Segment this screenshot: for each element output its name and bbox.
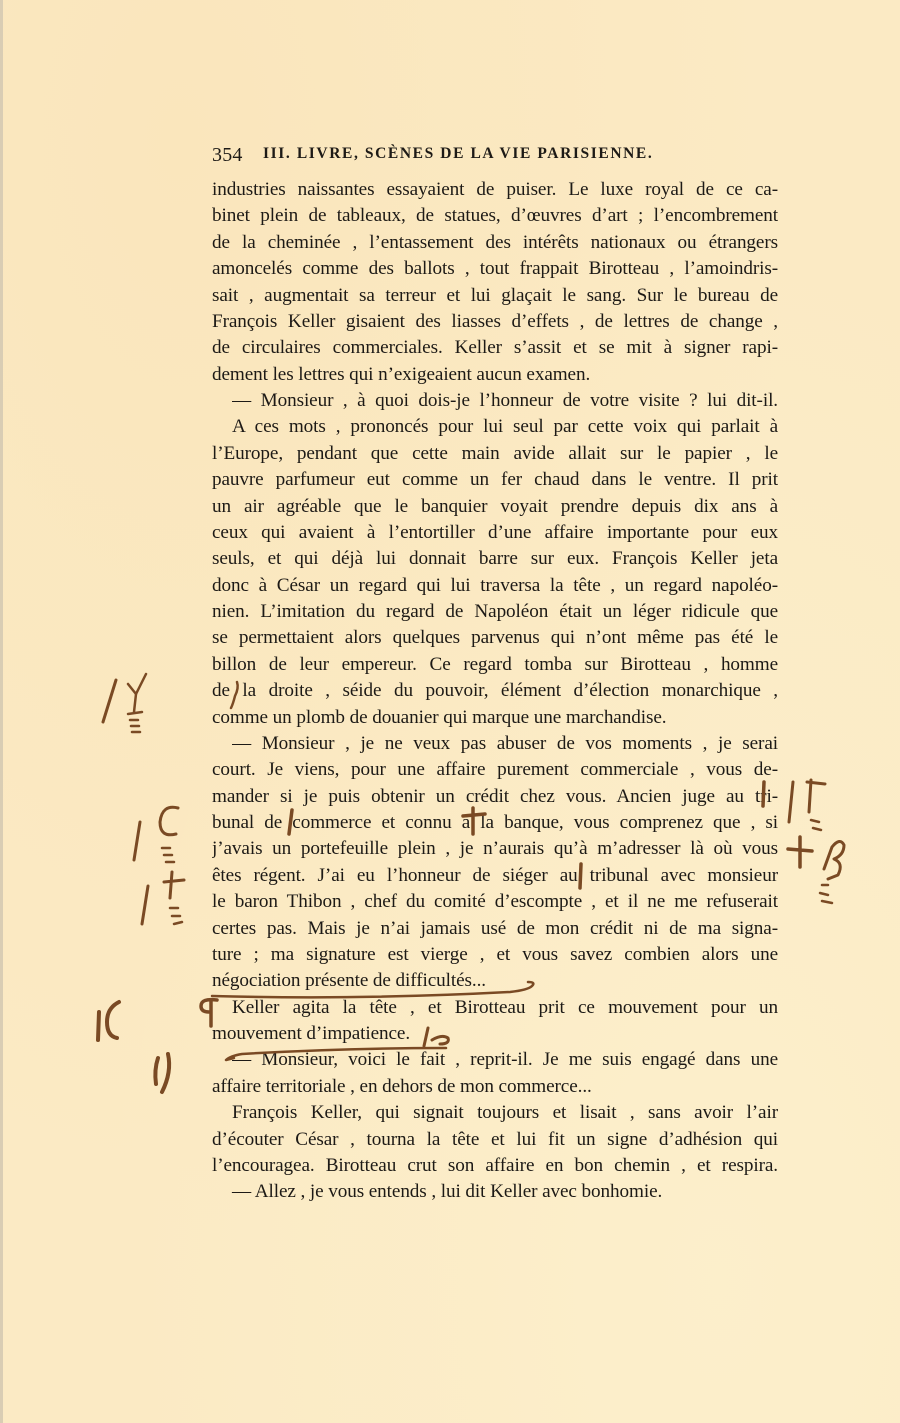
text-line: j’avais un portefeuille plein , je n’aur… (212, 836, 778, 862)
text-line: pauvre parfumeur eut comme un fer chaud … (212, 467, 778, 493)
text-line: nien. L’imitation du regard de Napoléon … (212, 599, 778, 625)
text-line: certes pas. Mais je n’ai jamais usé de m… (212, 916, 778, 942)
page-number: 354 (212, 144, 243, 167)
text-line: l’encouragea. Birotteau crut son affaire… (212, 1153, 778, 1179)
text-line: de la cheminée , l’entassement des intér… (212, 230, 778, 256)
text-line: êtes régent. J’ai eu l’honneur de siéger… (212, 863, 778, 889)
text-line: un air agréable que le banquier voyait p… (212, 494, 778, 520)
proof-mark-inline-droite (227, 680, 247, 710)
proof-mark-right-1 (785, 772, 845, 842)
text-line: mander si je puis obtenir un crédit chez… (212, 784, 778, 810)
proof-mark-inline-commerce (284, 808, 298, 838)
proof-underline-difficultes (210, 978, 540, 1008)
proof-mark-left-1 (98, 672, 158, 752)
running-title: III. Livre, scènes de la vie parisienne. (263, 145, 653, 163)
text-line: court. Je viens, pour une affaire pureme… (212, 757, 778, 783)
proof-mark-inline-tri (757, 780, 771, 810)
proof-mark-inline-banque (461, 808, 487, 838)
text-line: ceux qui avaient à l’entortiller d’une a… (212, 520, 778, 546)
text-line: — Monsieur , à quoi dois-je l’honneur de… (212, 388, 778, 414)
paragraph-mark-icon (195, 996, 225, 1030)
proof-mark-left-2 (128, 800, 188, 870)
proof-mark-inline-tribunal (574, 862, 588, 892)
text-line: François Keller gisaient des liasses d’e… (212, 309, 778, 335)
text-line: billon de leur empereur. Ce regard tomba… (212, 652, 778, 678)
text-line: de circulaires commerciales. Keller s’as… (212, 335, 778, 361)
text-line: l’Europe, pendant que cette main avide a… (212, 441, 778, 467)
text-line: donc à César un regard qui lui traversa … (212, 573, 778, 599)
text-line: A ces mots , prononcés pour lui seul par… (212, 414, 778, 440)
text-line: d’écouter César , tourna la tête et lui … (212, 1127, 778, 1153)
proof-mark-left-3 (138, 868, 198, 938)
text-line: sait , augmentait sa terreur et lui glaç… (212, 283, 778, 309)
text-line: ture ; ma signature est vierge , et vous… (212, 942, 778, 968)
text-line: binet plein de tableaux, de statues, d’œ… (212, 203, 778, 229)
text-line: comme un plomb de douanier qui marque un… (212, 705, 778, 731)
text-line: se permettaient alors quelques parvenus … (212, 625, 778, 651)
text-line: dement les lettres qui n’exigeaient aucu… (212, 362, 778, 388)
proof-mark-left-5 (150, 1050, 180, 1100)
page-edge (0, 0, 3, 1423)
text-line: le baron Thibon , chef du comité d’escom… (212, 889, 778, 915)
text-line: — Monsieur , je ne veux pas abuser de vo… (212, 731, 778, 757)
proof-underline-run-in (222, 1022, 462, 1062)
proof-mark-left-4 (93, 998, 133, 1048)
text-line: de la droite , séide du pouvoir, élément… (212, 678, 778, 704)
text-line: industries naissantes essayaient de puis… (212, 177, 778, 203)
running-header: 354 III. Livre, scènes de la vie parisie… (212, 144, 778, 170)
text-line: — Allez , je vous entends , lui dit Kell… (212, 1179, 778, 1205)
text-line: affaire territoriale , en dehors de mon … (212, 1074, 778, 1100)
text-line: amoncelés comme des ballots , tout frapp… (212, 256, 778, 282)
text-line: seuls, et qui déjà lui donnait barre sur… (212, 546, 778, 572)
text-line: François Keller, qui signait toujours et… (212, 1100, 778, 1126)
proof-mark-right-2 (786, 835, 856, 915)
